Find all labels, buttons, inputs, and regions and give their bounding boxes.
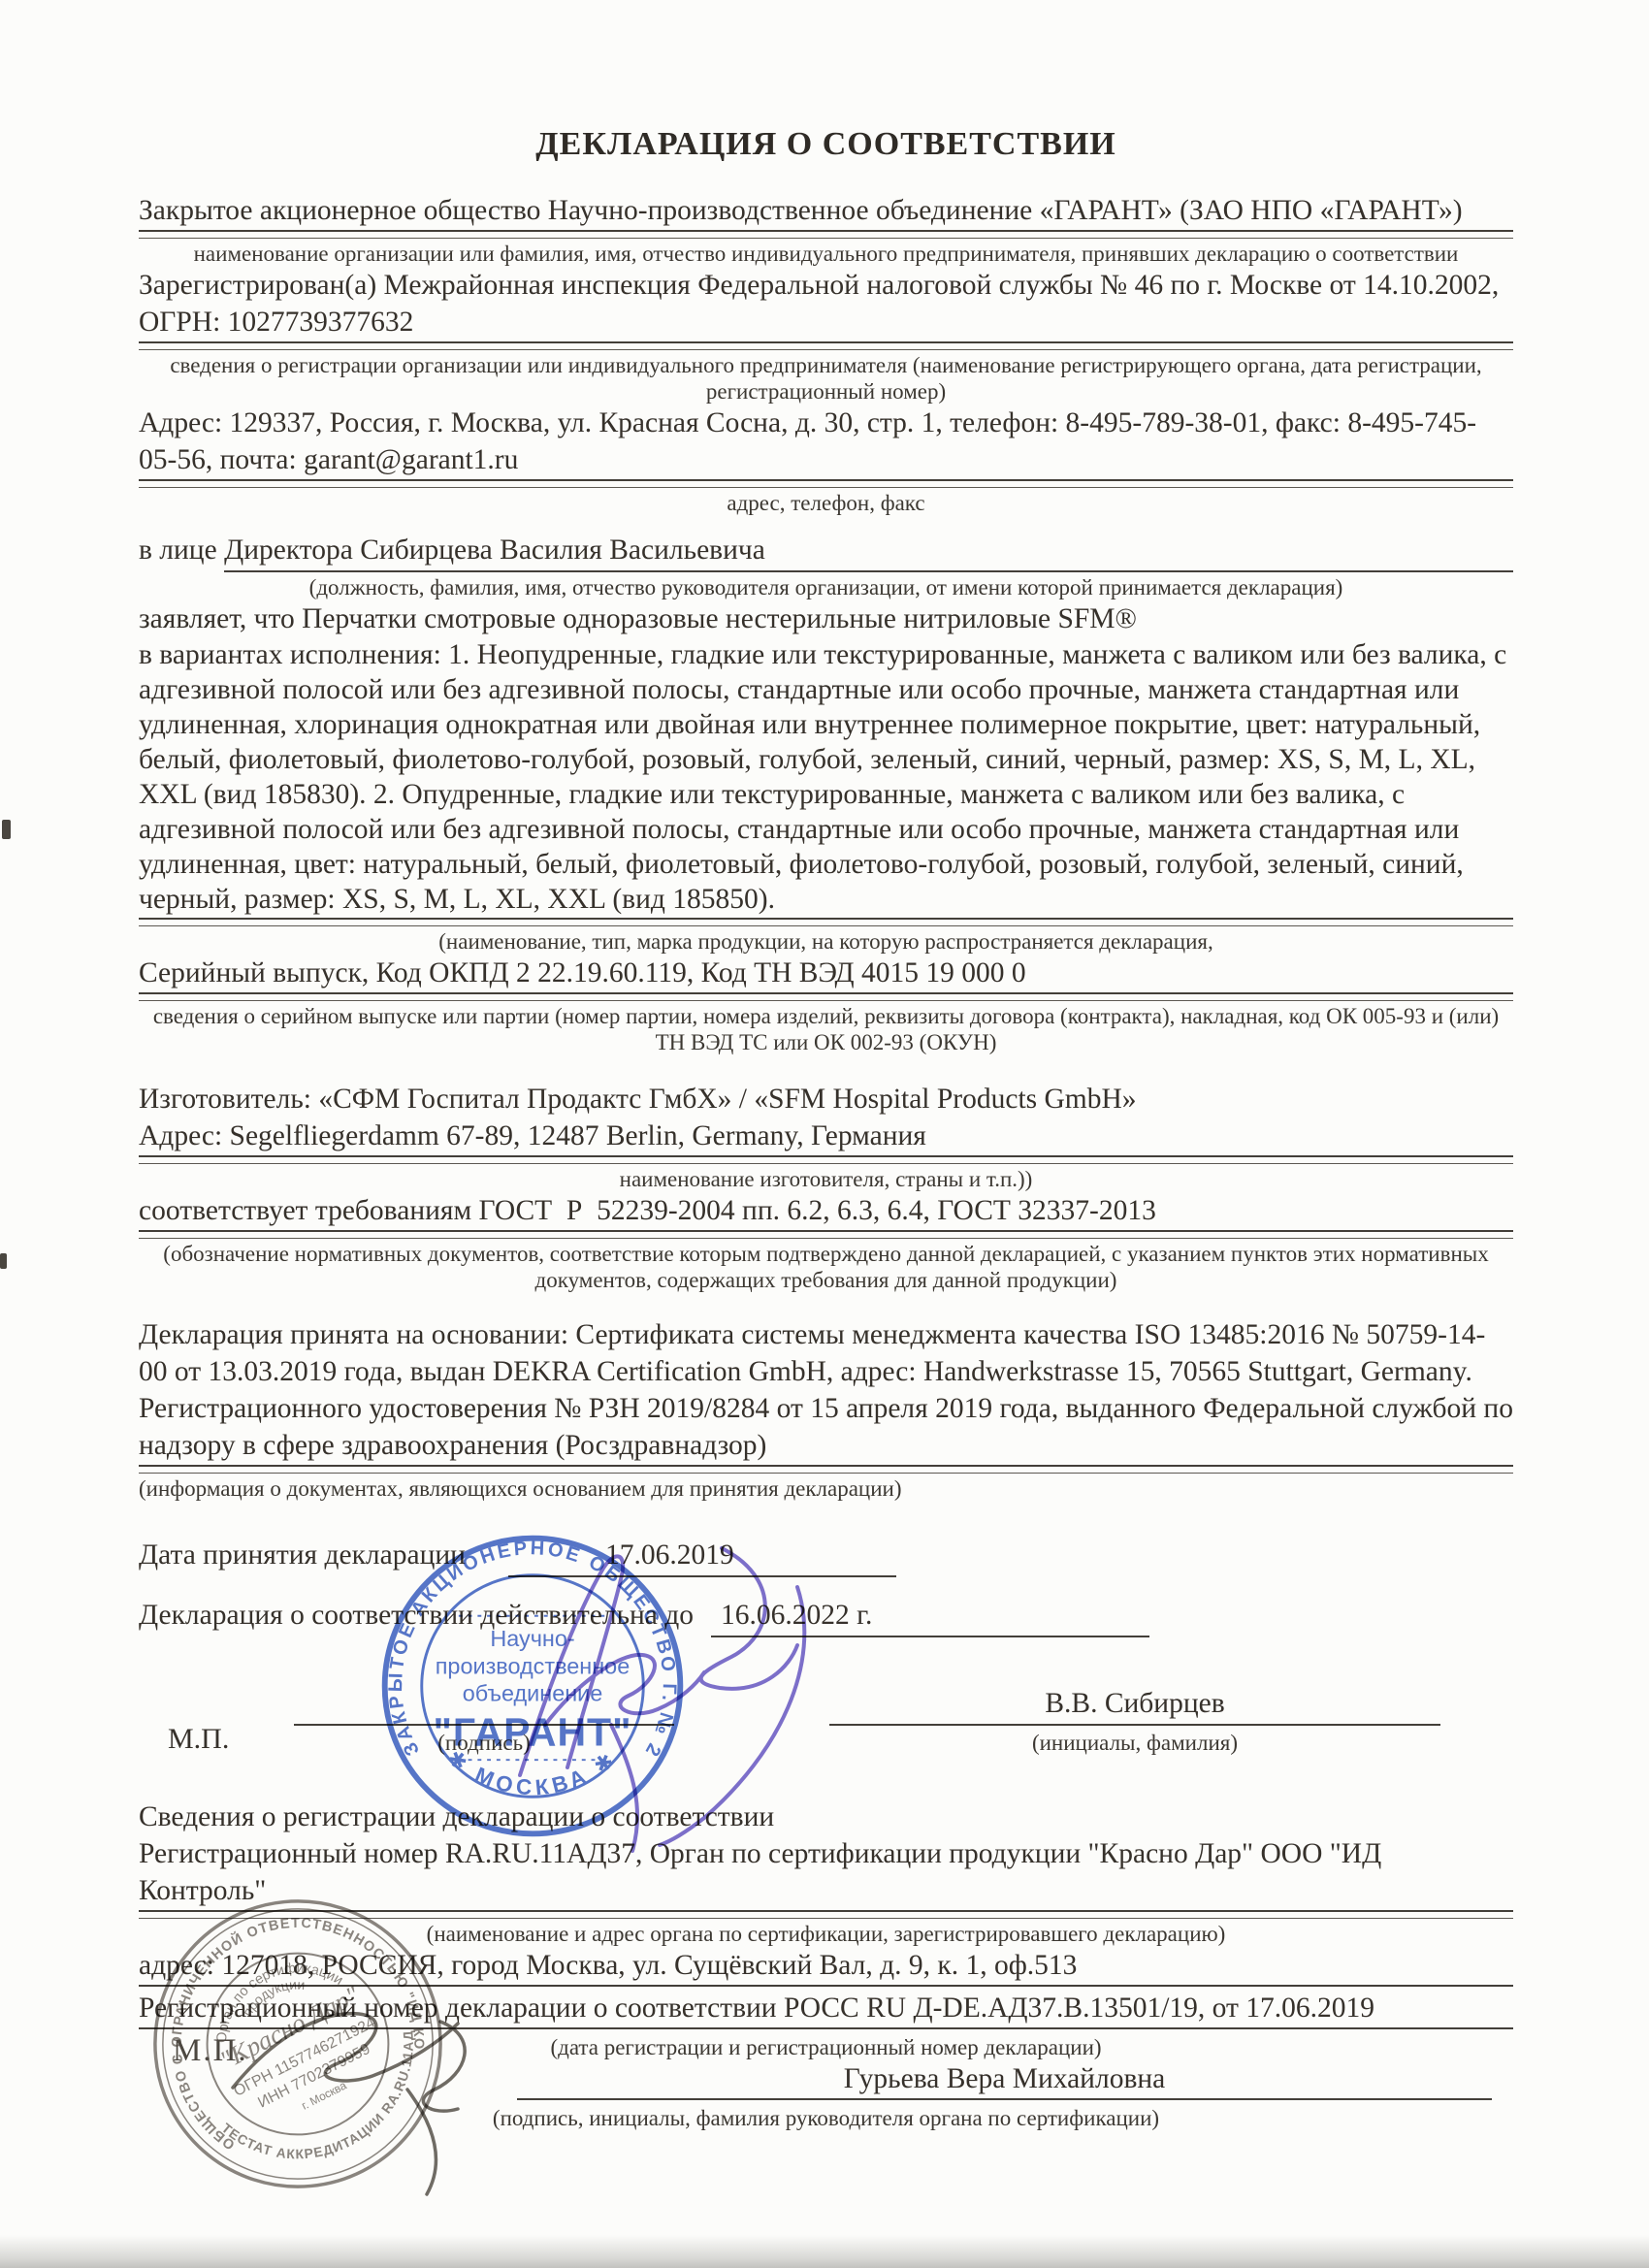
representative-section: в лице Директора Сибирцева Василия Васил… [139, 532, 1513, 600]
signature-line [294, 1724, 674, 1728]
registration-section: Зарегистрирован(а) Межрайонная инспекция… [139, 267, 1513, 405]
rule [139, 479, 1513, 488]
rule [139, 230, 1513, 239]
stamp-place-label: М.П. [139, 1723, 294, 1756]
registry-heading: Сведения о регистрации декларации о соот… [139, 1798, 1513, 1835]
adoption-date-value: 17.06.2019 [508, 1537, 896, 1577]
declarant-text: Закрытое акционерное общество Научно-про… [139, 192, 1513, 229]
compliance-section: соответствует требованиям ГОСТ Р 52239-2… [139, 1192, 1513, 1293]
address-text: Адрес: 129337, Россия, г. Москва, ул. Кр… [139, 405, 1513, 478]
signature-caption: (подпись) [294, 1730, 674, 1756]
manufacturer-caption: наименование изготовителя, страны и т.п.… [139, 1166, 1513, 1192]
scan-artifact [2, 820, 11, 839]
signature-row: М.П. (подпись) В.В. Сибирцев (инициалы, … [139, 1688, 1513, 1756]
rule [139, 1155, 1513, 1164]
rule [139, 1465, 1513, 1474]
representative-name: Директора Сибирцева Василия Васильевича [224, 532, 1513, 572]
address-caption: адрес, телефон, факс [139, 490, 1513, 516]
adoption-date-label: Дата принятия декларации [139, 1537, 466, 1573]
basis-caption: (информация о документах, являющихся осн… [139, 1475, 1513, 1502]
representative-caption: (должность, фамилия, имя, отчество руков… [139, 574, 1513, 600]
compliance-caption: (обозначение нормативных документов, соо… [139, 1241, 1513, 1293]
representative-row: в лице Директора Сибирцева Василия Васил… [139, 532, 1513, 572]
product-caption: (наименование, тип, марка продукции, на … [139, 928, 1513, 955]
signatory-name: В.В. Сибирцев [829, 1688, 1440, 1720]
manufacturer-address: Адрес: Segelfliegerdamm 67-89, 12487 Ber… [139, 1118, 1513, 1154]
page-title: ДЕКЛАРАЦИЯ О СООТВЕТСТВИИ [139, 126, 1513, 163]
representative-prefix: в лице [139, 532, 224, 568]
rule [139, 918, 1513, 926]
registry-org-caption: (наименование и адрес органа по сертифик… [139, 1921, 1513, 1947]
rule [139, 992, 1513, 1001]
registry-section: Сведения о регистрации декларации о соот… [139, 1798, 1513, 2131]
stamp-place-label-bottom: М.П. [173, 2033, 248, 2069]
serial-text: Серийный выпуск, Код ОКПД 2 22.19.60.119… [139, 955, 1513, 991]
scan-artifact [0, 1253, 7, 1269]
product-section: заявляет, что Перчатки смотровые однораз… [139, 600, 1513, 955]
registration-text: Зарегистрирован(а) Межрайонная инспекция… [139, 267, 1513, 340]
registry-head-name: Гурьева Вера Михайловна [517, 2060, 1492, 2097]
registry-reg-number: Регистрационный номер декларации о соотв… [139, 1990, 1513, 2026]
valid-until-row: Декларация о соответствии действительна … [139, 1597, 1513, 1637]
rule [139, 1230, 1513, 1239]
serial-caption: сведения о серийном выпуске или партии (… [139, 1003, 1513, 1055]
adoption-date-row: Дата принятия декларации 17.06.2019 [139, 1537, 1513, 1577]
rule [139, 341, 1513, 350]
document-content: ДЕКЛАРАЦИЯ О СООТВЕТСТВИИ Закрытое акцио… [139, 0, 1513, 2131]
registration-caption: сведения о регистрации организации или и… [139, 352, 1513, 405]
address-section: Адрес: 129337, Россия, г. Москва, ул. Кр… [139, 405, 1513, 516]
signature-left-block: (подпись) [294, 1724, 674, 1756]
product-intro: заявляет, что Перчатки смотровые однораз… [139, 600, 1513, 637]
valid-until-label: Декларация о соответствии действительна … [139, 1597, 694, 1634]
rule [139, 1910, 1513, 1919]
manufacturer-section: Изготовитель: «СФМ Госпитал Продактс Гмб… [139, 1081, 1513, 1192]
registry-head-caption: (подпись, инициалы, фамилия руководителя… [139, 2105, 1513, 2131]
registry-org-address: адрес: 127018, РОССИЯ, город Москва, ул.… [139, 1947, 1513, 1984]
rule [139, 2027, 1513, 2032]
valid-until-value: 16.06.2022 г. [711, 1597, 1149, 1637]
basis-section: Декларация принята на основании: Сертифи… [139, 1316, 1513, 1502]
rule [517, 2098, 1492, 2103]
document-page: ДЕКЛАРАЦИЯ О СООТВЕТСТВИИ Закрытое акцио… [0, 0, 1649, 2268]
registry-org: Регистрационный номер RA.RU.11АД37, Орга… [139, 1835, 1513, 1909]
declarant-caption: наименование организации или фамилия, им… [139, 241, 1513, 267]
serial-section: Серийный выпуск, Код ОКПД 2 22.19.60.119… [139, 955, 1513, 1055]
scan-bottom-edge [0, 2235, 1649, 2268]
signature-right-block: В.В. Сибирцев (инициалы, фамилия) [829, 1688, 1440, 1756]
signature-line [829, 1724, 1440, 1728]
signatory-caption: (инициалы, фамилия) [829, 1730, 1440, 1756]
registry-reg-caption: (дата регистрации и регистрационный номе… [139, 2034, 1513, 2060]
registry-head-block: Гурьева Вера Михайловна [517, 2060, 1492, 2103]
manufacturer-name: Изготовитель: «СФМ Госпитал Продактс Гмб… [139, 1081, 1513, 1118]
basis-text: Декларация принята на основании: Сертифи… [139, 1316, 1513, 1464]
compliance-text: соответствует требованиям ГОСТ Р 52239-2… [139, 1192, 1513, 1229]
product-variants: в вариантах исполнения: 1. Неопудренные,… [139, 637, 1513, 917]
declarant-section: Закрытое акционерное общество Научно-про… [139, 192, 1513, 267]
